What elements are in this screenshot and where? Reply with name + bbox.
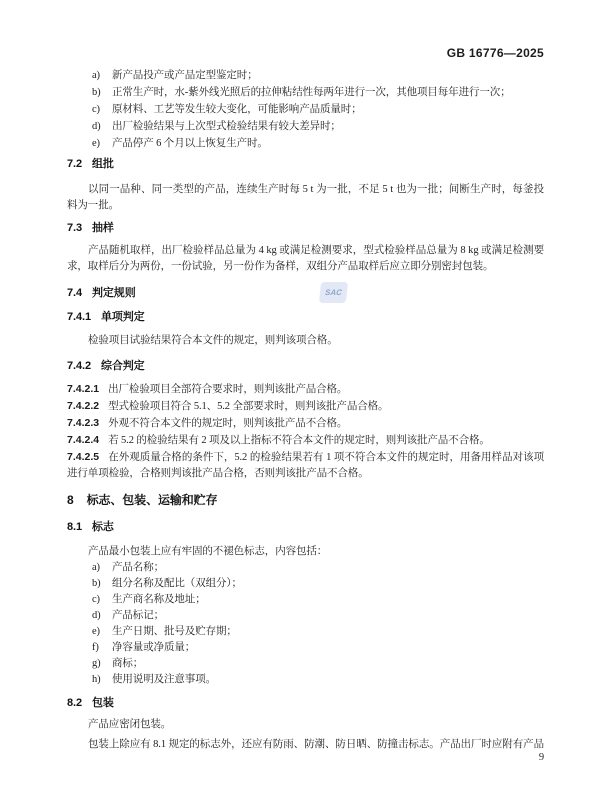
- list-item-label: b): [92, 576, 101, 592]
- section-heading-8-2: 8.2包装: [67, 695, 544, 711]
- clause-text: 型式检验项目符合 5.1、5.2 全部要求时，则判该批产品合格。: [108, 401, 388, 412]
- clause-text: 在外观质量合格的条件下，5.2 的检验结果若有 1 项不符合本文件的规定时，用备…: [67, 452, 544, 479]
- heading-number: 8: [67, 493, 74, 507]
- list-item-label: f): [92, 640, 99, 656]
- clause-7-4-2-2: 7.4.2.2型式检验项目符合 5.1、5.2 全部要求时，则判该批产品合格。: [67, 398, 544, 415]
- list-item: a) 产品名称；: [67, 560, 544, 576]
- clause-text: 外观不符合本文件的规定时，则判该批产品不合格。: [108, 418, 347, 429]
- heading-title: 判定规则: [92, 287, 136, 299]
- heading-number: 8.2: [67, 697, 82, 709]
- heading-number: 7.2: [67, 158, 82, 170]
- heading-number: 7.4.2: [67, 360, 91, 372]
- list-item: h) 使用说明及注意事项。: [67, 672, 544, 688]
- list-item-text: 生产商名称及地址；: [112, 594, 206, 605]
- list-item-text: 净容量或净质量；: [112, 642, 195, 653]
- page-number: 9: [67, 750, 544, 766]
- list-item: d) 出厂检验结果与上次型式检验结果有较大差异时；: [67, 118, 544, 135]
- list-item-label: e): [92, 135, 100, 152]
- list-item: a) 新产品投产或产品定型鉴定时；: [67, 67, 544, 84]
- list-item: c) 原材料、工艺等发生较大变化，可能影响产品质量时；: [67, 101, 544, 118]
- heading-title: 标志: [92, 521, 114, 533]
- list-item: c) 生产商名称及地址；: [67, 592, 544, 608]
- list-item-text: 组分名称及配比（双组分）；: [112, 578, 242, 589]
- clause-text: 出厂检验项目全部符合要求时，则判该批产品合格。: [108, 384, 347, 395]
- section-heading-7-2: 7.2组批: [67, 156, 544, 172]
- list-item-text: 新产品投产或产品定型鉴定时；: [112, 70, 258, 81]
- list-item-label: b): [92, 84, 101, 101]
- clause-number: 7.4.2.3: [67, 417, 99, 429]
- list-item: g) 商标；: [67, 656, 544, 672]
- list-item-text: 正常生产时，水-紫外线光照后的拉伸粘结性每两年进行一次，其他项目每年进行一次；: [112, 87, 511, 98]
- clause-number: 7.4.2.4: [67, 434, 99, 446]
- clause-7-4-2-5: 7.4.2.5在外观质量合格的条件下，5.2 的检验结果若有 1 项不符合本文件…: [67, 449, 544, 482]
- list-item-text: 商标；: [112, 658, 143, 669]
- paragraph-7-4-1: 检验项目试验结果符合本文件的规定，则判该项合格。: [67, 333, 544, 349]
- list-item: b) 组分名称及配比（双组分）；: [67, 576, 544, 592]
- list-item-label: d): [92, 608, 101, 624]
- heading-title: 包装: [92, 697, 114, 709]
- list-item-label: e): [92, 624, 100, 640]
- clause-list-7-4-2: 7.4.2.1出厂检验项目全部符合要求时，则判该批产品合格。 7.4.2.2型式…: [67, 381, 544, 482]
- clause-7-4-2-1: 7.4.2.1出厂检验项目全部符合要求时，则判该批产品合格。: [67, 381, 544, 398]
- heading-title: 标志、包装、运输和贮存: [87, 493, 218, 507]
- list-item-text: 原材料、工艺等发生较大变化，可能影响产品质量时；: [112, 104, 362, 115]
- document-page: SAC GB 16776—2025 a) 新产品投产或产品定型鉴定时； b) 正…: [0, 0, 600, 800]
- list-item-text: 产品名称；: [112, 562, 164, 573]
- heading-number: 7.4.1: [67, 311, 91, 323]
- doc-code: GB 16776—2025: [67, 45, 544, 61]
- list-item-label: d): [92, 118, 101, 135]
- section-heading-7-3: 7.3抽样: [67, 220, 544, 236]
- clause-number: 7.4.2.2: [67, 400, 99, 412]
- heading-title: 单项判定: [101, 311, 145, 323]
- list-item-label: g): [92, 656, 101, 672]
- section-heading-8-1: 8.1标志: [67, 519, 544, 535]
- heading-title: 抽样: [92, 222, 114, 234]
- heading-number: 8.1: [67, 521, 82, 533]
- section-heading-7-4-2: 7.4.2综合判定: [67, 358, 544, 374]
- marking-content-list: a) 产品名称； b) 组分名称及配比（双组分）； c) 生产商名称及地址； d…: [67, 560, 544, 688]
- heading-title: 组批: [92, 158, 114, 170]
- list-item-label: h): [92, 672, 101, 688]
- list-item: f) 净容量或净质量；: [67, 640, 544, 656]
- paragraph-8-1-intro: 产品最小包装上应有牢固的不褪色标志，内容包括：: [67, 544, 544, 560]
- list-item-text: 使用说明及注意事项。: [112, 674, 216, 685]
- paragraph-7-3: 产品随机取样，出厂检验样品总量为 4 kg 或满足检测要求，型式检验样品总量为 …: [67, 243, 544, 275]
- list-item-label: a): [92, 67, 100, 84]
- heading-title: 综合判定: [101, 360, 145, 372]
- list-item-label: c): [92, 101, 100, 118]
- clause-7-4-2-4: 7.4.2.4若 5.2 的检验结果有 2 项及以上指标不符合本文件的规定时，则…: [67, 432, 544, 449]
- list-item-label: c): [92, 592, 100, 608]
- list-item: e) 生产日期、批号及贮存期；: [67, 624, 544, 640]
- section-heading-7-4: 7.4判定规则: [67, 285, 544, 301]
- paragraph-8-2-1: 产品应密闭包装。: [67, 717, 544, 733]
- chapter-heading-8: 8标志、包装、运输和贮存: [67, 492, 544, 508]
- list-item-text: 生产日期、批号及贮存期；: [112, 626, 237, 637]
- list-item: e) 产品停产 6 个月以上恢复生产时。: [67, 135, 544, 152]
- list-item-text: 产品停产 6 个月以上恢复生产时。: [112, 138, 268, 149]
- list-item-text: 产品标记；: [112, 610, 164, 621]
- clause-text: 若 5.2 的检验结果有 2 项及以上指标不符合本文件的规定时，则判该批产品不合…: [108, 435, 490, 446]
- list-item-text: 出厂检验结果与上次型式检验结果有较大差异时；: [112, 121, 341, 132]
- clause-number: 7.4.2.5: [67, 451, 99, 463]
- type-inspection-conditions-list: a) 新产品投产或产品定型鉴定时； b) 正常生产时，水-紫外线光照后的拉伸粘结…: [67, 67, 544, 152]
- paragraph-7-2: 以同一品种、同一类型的产品，连续生产时每 5 t 为一批，不足 5 t 也为一批…: [67, 182, 544, 214]
- list-item: b) 正常生产时，水-紫外线光照后的拉伸粘结性每两年进行一次，其他项目每年进行一…: [67, 84, 544, 101]
- heading-number: 7.4: [67, 287, 82, 299]
- heading-number: 7.3: [67, 222, 82, 234]
- section-heading-7-4-1: 7.4.1单项判定: [67, 309, 544, 325]
- clause-number: 7.4.2.1: [67, 383, 99, 395]
- list-item: d) 产品标记；: [67, 608, 544, 624]
- clause-7-4-2-3: 7.4.2.3外观不符合本文件的规定时，则判该批产品不合格。: [67, 415, 544, 432]
- list-item-label: a): [92, 560, 100, 576]
